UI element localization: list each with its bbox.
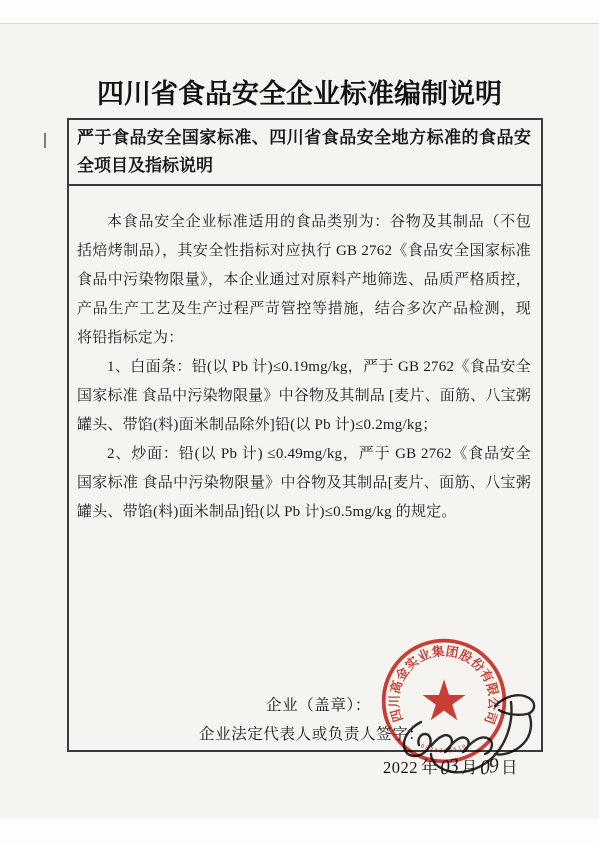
paragraph-item-1: 1、白面条：铅(以 Pb 计)≤0.19mg/kg，严于 GB 2762《食品安… <box>77 353 531 440</box>
table-header: 严于食品安全国家标准、四川省食品安全地方标准的食品安全项目及指标说明 <box>69 120 541 186</box>
scanned-page: 四川省食品安全企业标准编制说明 严于食品安全国家标准、四川省食品安全地方标准的食… <box>0 0 599 843</box>
company-seal-label: 企业（盖章）： <box>266 693 371 715</box>
scan-artifact-mark <box>44 133 46 148</box>
standard-explanation-table: 严于食品安全国家标准、四川省食品安全地方标准的食品安全项目及指标说明 本食品安全… <box>67 118 543 752</box>
table-body: 本食品安全企业标准适用的食品类别为：谷物及其制品（不包括焙烤制品），其安全性指标… <box>69 186 541 752</box>
paragraph-item-2: 2、炒面：铅(以 Pb 计) ≤0.49mg/kg，严于 GB 2762《食品安… <box>77 440 531 527</box>
page-title: 四川省食品安全企业标准编制说明 <box>0 79 599 109</box>
signature-scrawl <box>387 684 552 784</box>
paragraph-scope: 本食品安全企业标准适用的食品类别为：谷物及其制品（不包括焙烤制品），其安全性指标… <box>77 208 531 353</box>
